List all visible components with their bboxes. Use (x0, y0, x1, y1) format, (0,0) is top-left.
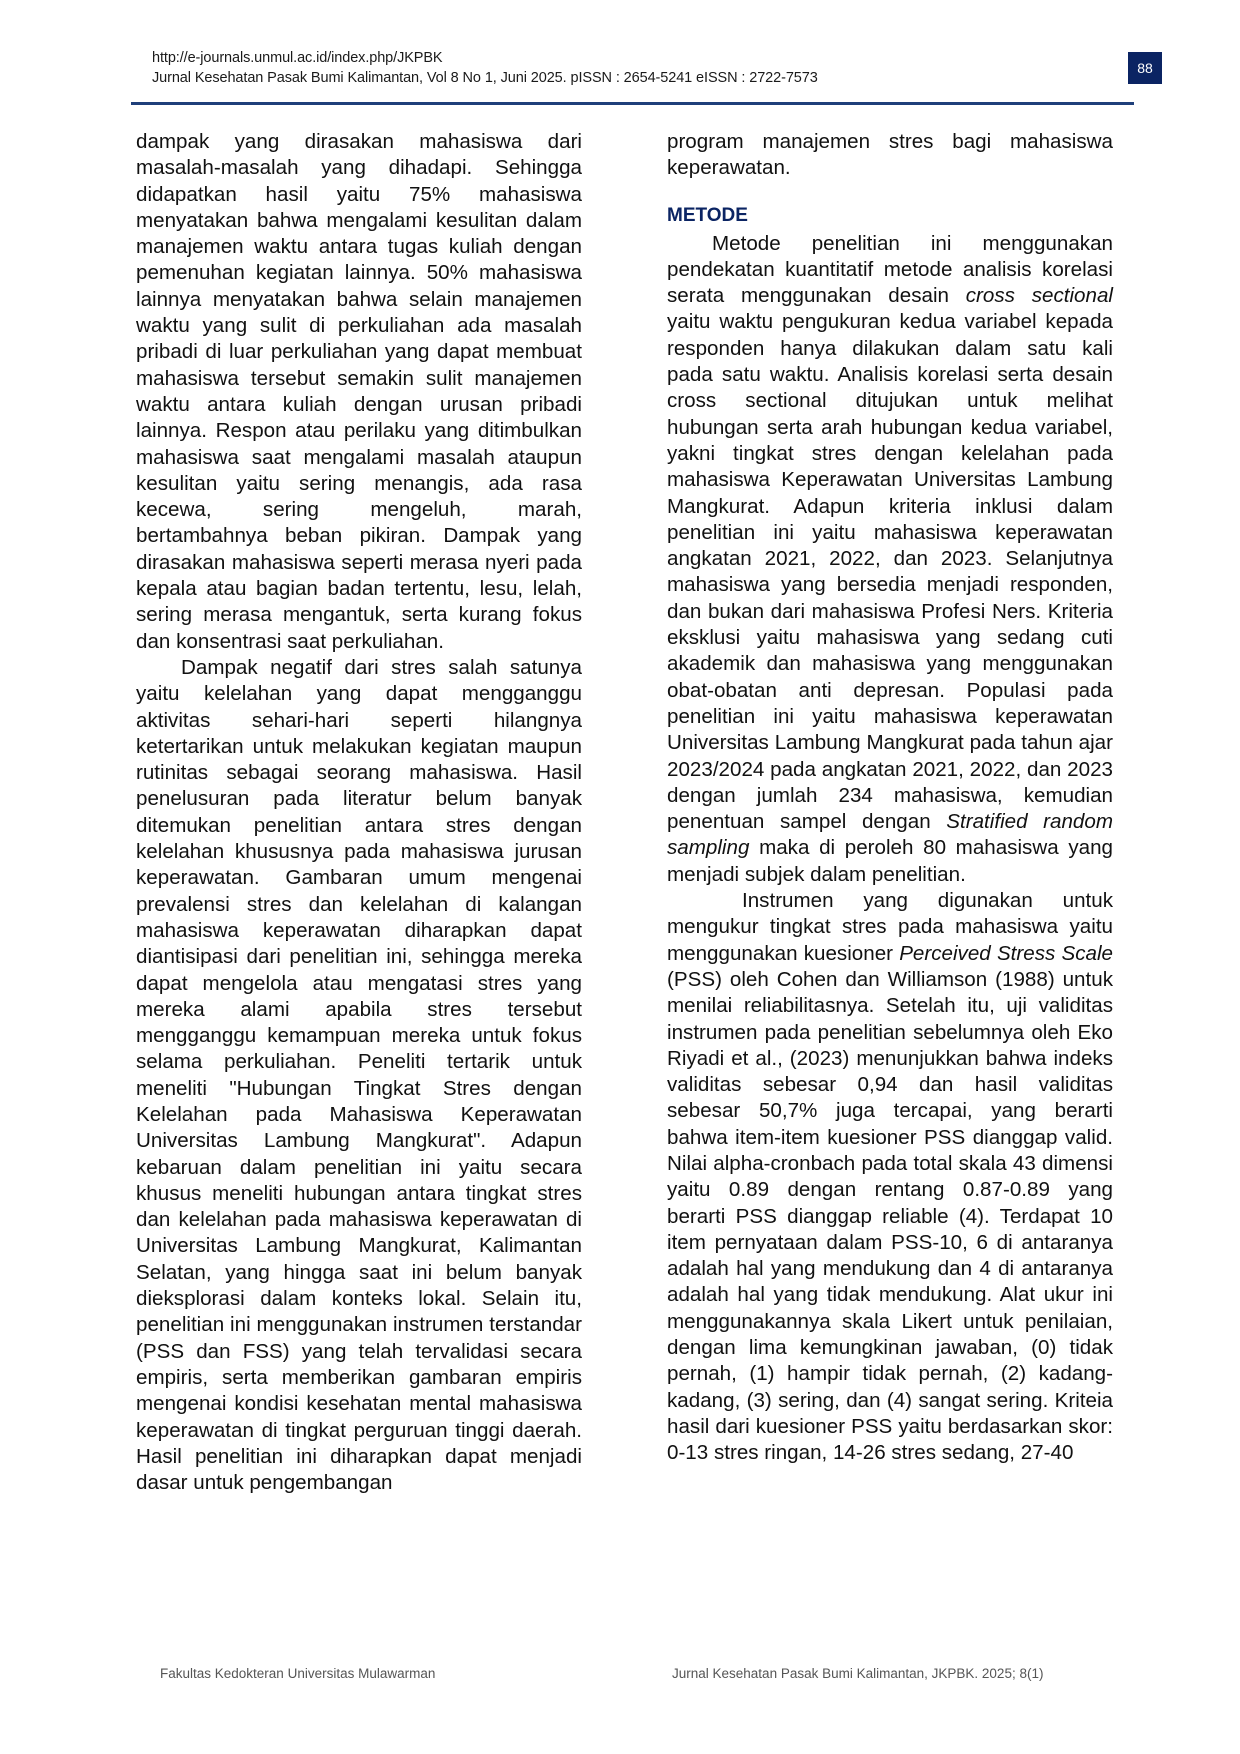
section-heading-metode: METODE (667, 204, 1113, 228)
text-run: (PSS) oleh Cohen dan Williamson (1988) u… (667, 968, 1113, 1464)
header-divider (131, 102, 1134, 105)
footer-institution: Fakultas Kedokteran Universitas Mulawarm… (160, 1666, 435, 1681)
body-paragraph: Metode penelitian ini menggunakan pendek… (667, 231, 1113, 888)
right-column: program manajemen stres bagi mahasiswa k… (667, 129, 1113, 1467)
journal-url[interactable]: http://e-journals.unmul.ac.id/index.php/… (152, 48, 1142, 68)
journal-citation: Jurnal Kesehatan Pasak Bumi Kalimantan, … (152, 68, 1142, 88)
body-paragraph: dampak yang dirasakan mahasiswa dari mas… (136, 129, 582, 655)
italic-term: cross sectional (966, 284, 1113, 307)
running-header: http://e-journals.unmul.ac.id/index.php/… (152, 48, 1142, 88)
body-paragraph: Dampak negatif dari stres salah satunya … (136, 655, 582, 1497)
body-paragraph: Instrumen yang digunakan untuk mengukur … (667, 888, 1113, 1467)
footer-journal-citation: Jurnal Kesehatan Pasak Bumi Kalimantan, … (672, 1666, 1043, 1681)
body-paragraph: program manajemen stres bagi mahasiswa k… (667, 129, 1113, 182)
page-number-badge: 88 (1128, 52, 1162, 84)
left-column: dampak yang dirasakan mahasiswa dari mas… (136, 129, 582, 1496)
text-run: yaitu waktu pengukuran kedua variabel ke… (667, 310, 1113, 833)
italic-term: Perceived Stress Scale (899, 942, 1113, 965)
